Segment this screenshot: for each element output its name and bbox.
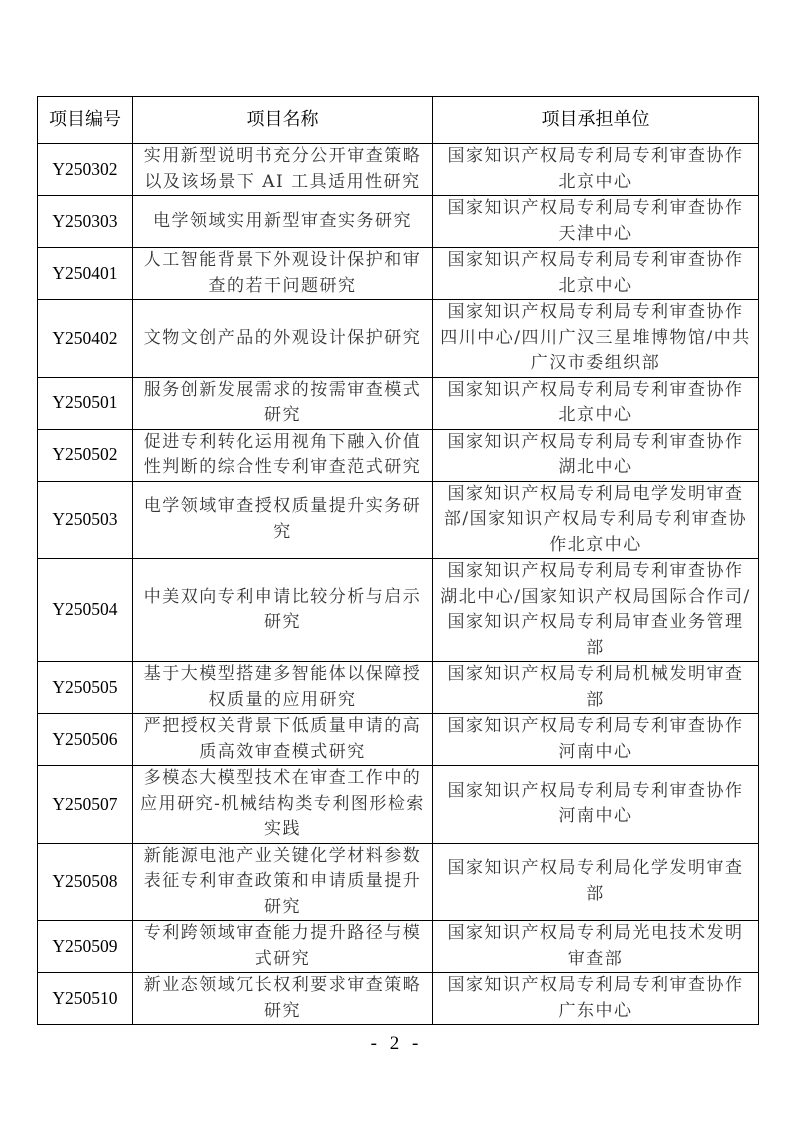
project-code-cell: Y250510	[38, 973, 133, 1025]
project-unit-cell: 国家知识产权局专利局机械发明审查部	[433, 662, 759, 714]
table-row: Y250506严把授权关背景下低质量申请的高质高效审查模式研究国家知识产权局专利…	[38, 714, 759, 766]
project-code-cell: Y250402	[38, 300, 133, 378]
project-code-cell: Y250302	[38, 144, 133, 196]
project-unit-cell: 国家知识产权局专利局专利审查协作北京中心	[433, 144, 759, 196]
table-row: Y250501服务创新发展需求的按需审查模式研究国家知识产权局专利局专利审查协作…	[38, 377, 759, 429]
table-row: Y250507多模态大模型技术在审查工作中的应用研究-机械结构类专利图形检索实践…	[38, 766, 759, 844]
project-name-cell: 电学领域审查授权质量提升实务研究	[133, 481, 433, 559]
project-unit-cell: 国家知识产权局专利局化学发明审查部	[433, 843, 759, 921]
project-unit-cell: 国家知识产权局专利局专利审查协作河南中心	[433, 714, 759, 766]
project-unit-cell: 国家知识产权局专利局专利审查协作河南中心	[433, 766, 759, 844]
table-row: Y250302实用新型说明书充分公开审查策略以及该场景下 AI 工具适用性研究国…	[38, 144, 759, 196]
project-unit-cell: 国家知识产权局专利局专利审查协作湖北中心	[433, 429, 759, 481]
project-unit-cell: 国家知识产权局专利局专利审查协作北京中心	[433, 377, 759, 429]
project-name-cell: 服务创新发展需求的按需审查模式研究	[133, 377, 433, 429]
table-row: Y250401人工智能背景下外观设计保护和审查的若干问题研究国家知识产权局专利局…	[38, 248, 759, 300]
table-row: Y250508新能源电池产业关键化学材料参数表征专利审查政策和申请质量提升研究国…	[38, 843, 759, 921]
table-row: Y250402文物文创产品的外观设计保护研究国家知识产权局专利局专利审查协作四川…	[38, 300, 759, 378]
project-name-cell: 多模态大模型技术在审查工作中的应用研究-机械结构类专利图形检索实践	[133, 766, 433, 844]
project-code-cell: Y250509	[38, 921, 133, 973]
table-row: Y250509专利跨领域审查能力提升路径与模式研究国家知识产权局专利局光电技术发…	[38, 921, 759, 973]
project-code-cell: Y250507	[38, 766, 133, 844]
project-code-cell: Y250303	[38, 196, 133, 248]
project-code-cell: Y250506	[38, 714, 133, 766]
project-name-cell: 实用新型说明书充分公开审查策略以及该场景下 AI 工具适用性研究	[133, 144, 433, 196]
project-name-cell: 严把授权关背景下低质量申请的高质高效审查模式研究	[133, 714, 433, 766]
page-number: - 2 -	[0, 1033, 793, 1055]
project-name-cell: 专利跨领域审查能力提升路径与模式研究	[133, 921, 433, 973]
table-row: Y250505基于大模型搭建多智能体以保障授权质量的应用研究国家知识产权局专利局…	[38, 662, 759, 714]
project-name-cell: 促进专利转化运用视角下融入价值性判断的综合性专利审查范式研究	[133, 429, 433, 481]
project-code-cell: Y250505	[38, 662, 133, 714]
project-name-cell: 电学领域实用新型审查实务研究	[133, 196, 433, 248]
table-row: Y250303电学领域实用新型审查实务研究国家知识产权局专利局专利审查协作天津中…	[38, 196, 759, 248]
project-code-cell: Y250401	[38, 248, 133, 300]
table-row: Y250502促进专利转化运用视角下融入价值性判断的综合性专利审查范式研究国家知…	[38, 429, 759, 481]
project-code-cell: Y250501	[38, 377, 133, 429]
project-name-cell: 新能源电池产业关键化学材料参数表征专利审查政策和申请质量提升研究	[133, 843, 433, 921]
project-code-cell: Y250508	[38, 843, 133, 921]
project-unit-cell: 国家知识产权局专利局专利审查协作北京中心	[433, 248, 759, 300]
project-unit-cell: 国家知识产权局专利局专利审查协作天津中心	[433, 196, 759, 248]
project-unit-cell: 国家知识产权局专利局光电技术发明审查部	[433, 921, 759, 973]
project-name-cell: 中美双向专利申请比较分析与启示研究	[133, 559, 433, 662]
project-unit-cell: 国家知识产权局专利局专利审查协作湖北中心/国家知识产权局国际合作司/国家知识产权…	[433, 559, 759, 662]
project-name-cell: 基于大模型搭建多智能体以保障授权质量的应用研究	[133, 662, 433, 714]
table-row: Y250504中美双向专利申请比较分析与启示研究国家知识产权局专利局专利审查协作…	[38, 559, 759, 662]
header-project-unit: 项目承担单位	[433, 97, 759, 144]
project-name-cell: 新业态领域冗长权利要求审查策略研究	[133, 973, 433, 1025]
project-code-cell: Y250502	[38, 429, 133, 481]
project-name-cell: 人工智能背景下外观设计保护和审查的若干问题研究	[133, 248, 433, 300]
header-project-name: 项目名称	[133, 97, 433, 144]
project-code-cell: Y250504	[38, 559, 133, 662]
project-unit-cell: 国家知识产权局专利局专利审查协作四川中心/四川广汉三星堆博物馆/中共广汉市委组织…	[433, 300, 759, 378]
header-project-code: 项目编号	[38, 97, 133, 144]
project-code-cell: Y250503	[38, 481, 133, 559]
table-row: Y250510新业态领域冗长权利要求审查策略研究国家知识产权局专利局专利审查协作…	[38, 973, 759, 1025]
project-unit-cell: 国家知识产权局专利局专利审查协作广东中心	[433, 973, 759, 1025]
table-row: Y250503电学领域审查授权质量提升实务研究国家知识产权局专利局电学发明审查部…	[38, 481, 759, 559]
projects-table: 项目编号 项目名称 项目承担单位 Y250302实用新型说明书充分公开审查策略以…	[37, 96, 759, 1025]
table-header-row: 项目编号 项目名称 项目承担单位	[38, 97, 759, 144]
project-unit-cell: 国家知识产权局专利局电学发明审查部/国家知识产权局专利局专利审查协作北京中心	[433, 481, 759, 559]
project-name-cell: 文物文创产品的外观设计保护研究	[133, 300, 433, 378]
